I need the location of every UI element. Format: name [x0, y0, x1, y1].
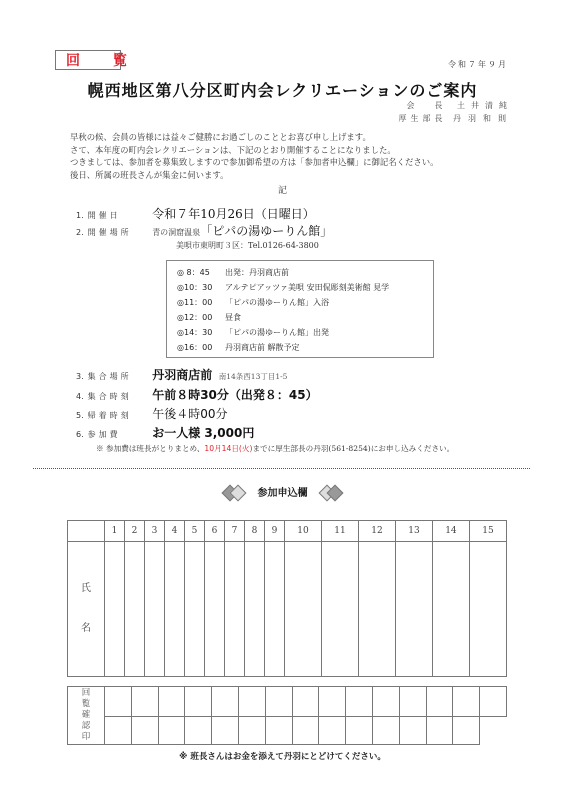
ki-heading: 記 [0, 183, 565, 196]
stamp-cell[interactable] [426, 717, 453, 745]
stamp-cell[interactable] [265, 717, 292, 745]
name-label: 氏 名 [68, 542, 105, 677]
confirm-row: 回 覧 確 認 印 [68, 687, 507, 717]
signatory-chairman: 会 長 土井清純 [406, 100, 513, 111]
schedule-row: ◎ 8：45出発：丹羽商店前 [177, 267, 289, 278]
name-cell[interactable] [165, 542, 185, 677]
name-cell[interactable] [432, 542, 469, 677]
stamp-cell[interactable] [238, 717, 265, 745]
column-header: 11 [321, 521, 358, 542]
item-date: 1.開催日 令和７年10月26日（日曜日） [76, 205, 315, 222]
column-header: 4 [165, 521, 185, 542]
stamp-cell[interactable] [399, 717, 426, 745]
name-cell[interactable] [265, 542, 285, 677]
column-header: 14 [432, 521, 469, 542]
signup-table: 1 2 3 4 5 6 7 8 9 10 11 12 13 14 15 氏 名 [67, 520, 507, 677]
schedule-row: ◎11：00「ピパの湯ゆーりん館」入浴 [177, 297, 329, 308]
stamp-cell[interactable] [399, 687, 426, 717]
stamp-cell[interactable] [105, 687, 132, 717]
stamp-cell[interactable] [212, 687, 239, 717]
item-meeting-place: 3.集合場所 丹羽商店前 南14条西13丁目1-5 [76, 366, 287, 383]
schedule-row: ◎14：30「ピパの湯ゆーりん館」出発 [177, 327, 329, 338]
stamp-cell[interactable] [105, 717, 132, 745]
stamp-cell[interactable] [292, 687, 319, 717]
schedule-row: ◎10：30アルテピアッツァ美唄 安田侃彫刻美術館 見学 [177, 282, 389, 293]
stamp-cell[interactable] [265, 687, 292, 717]
schedule-box: ◎ 8：45出発：丹羽商店前 ◎10：30アルテピアッツァ美唄 安田侃彫刻美術館… [166, 260, 434, 358]
column-header: 13 [395, 521, 432, 542]
schedule-row: ◎12：00昼食 [177, 312, 241, 323]
stamp-cell[interactable] [319, 717, 346, 745]
stamp-cell[interactable] [453, 687, 480, 717]
page-title: 幌西地区第八分区町内会レクリエーションのご案内 [0, 78, 565, 101]
name-cell[interactable] [321, 542, 358, 677]
stamp-cell[interactable] [426, 687, 453, 717]
venue-address: 美唄市東明町３区：Tel.0126-64-3800 [176, 240, 319, 251]
name-cell[interactable] [358, 542, 395, 677]
kairan-badge: 回 覧 [55, 50, 121, 70]
name-cell[interactable] [225, 542, 245, 677]
confirm-label: 回 覧 確 認 印 [68, 687, 105, 745]
greeting-paragraph: 早秋の候、会員の皆様には益々ご健勝にお過ごしのこととお喜び申し上げます。 さて、… [70, 131, 439, 181]
stamp-cell[interactable] [346, 717, 373, 745]
name-cell[interactable] [105, 542, 125, 677]
stamp-cell[interactable] [346, 687, 373, 717]
stamp-cell[interactable] [372, 717, 399, 745]
column-header: 10 [285, 521, 322, 542]
schedule-row: ◎16：00丹羽商店前 解散予定 [177, 342, 300, 353]
name-cell[interactable] [285, 542, 322, 677]
stamp-cell[interactable] [185, 687, 212, 717]
issue-date: 令和７年９月 [448, 59, 508, 70]
name-cell[interactable] [185, 542, 205, 677]
deadline: 10月14日(火) [204, 444, 252, 453]
stamp-cell[interactable] [158, 717, 185, 745]
stamp-cell[interactable] [131, 687, 158, 717]
column-header: 2 [125, 521, 145, 542]
stamp-cell[interactable] [238, 687, 265, 717]
footer-note: ※ 班長さんはお金を添えて丹羽にとどけてください。 [0, 750, 565, 762]
signatory-welfare: 厚生部長 丹羽和則 [398, 113, 513, 124]
stamp-cell[interactable] [480, 687, 507, 717]
stamp-cell[interactable] [185, 717, 212, 745]
name-cell[interactable] [205, 542, 225, 677]
name-cell[interactable] [245, 542, 265, 677]
divider [33, 468, 530, 469]
fee-note: ※ 参加費は班長がとりまとめ、10月14日(火)までに厚生部長の丹羽(561-8… [96, 443, 454, 454]
stamp-cell[interactable] [131, 717, 158, 745]
stamp-cell[interactable] [158, 687, 185, 717]
column-header: 1 [105, 521, 125, 542]
column-header: 15 [469, 521, 506, 542]
name-cell[interactable] [125, 542, 145, 677]
item-venue: 2.開催場所 青の洞窟温泉「ピパの湯ゆーりん館」 [76, 222, 332, 239]
stamp-cell[interactable] [212, 717, 239, 745]
column-header: 5 [185, 521, 205, 542]
confirm-row [68, 717, 507, 745]
name-cell[interactable] [145, 542, 165, 677]
column-header: 9 [265, 521, 285, 542]
item-fee: 6.参加費 お一人様 3,000円 [76, 424, 254, 441]
column-header: 3 [145, 521, 165, 542]
table-header-row: 1 2 3 4 5 6 7 8 9 10 11 12 13 14 15 [68, 521, 507, 542]
column-header: 7 [225, 521, 245, 542]
name-cell[interactable] [395, 542, 432, 677]
column-header: 6 [205, 521, 225, 542]
name-cell[interactable] [469, 542, 506, 677]
form-section-title: 参加申込欄 [0, 484, 565, 499]
item-return-time: 5.帰着時刻 午後４時00分 [76, 405, 227, 422]
name-row: 氏 名 [68, 542, 507, 677]
stamp-cell[interactable] [372, 687, 399, 717]
confirmation-table: 回 覧 確 認 印 [67, 686, 507, 745]
stamp-cell[interactable] [292, 717, 319, 745]
stamp-cell[interactable] [453, 717, 480, 745]
item-meeting-time: 4.集合時刻 午前８時30分（出発８：45） [76, 386, 318, 403]
column-header: 12 [358, 521, 395, 542]
column-header: 8 [245, 521, 265, 542]
stamp-cell[interactable] [319, 687, 346, 717]
